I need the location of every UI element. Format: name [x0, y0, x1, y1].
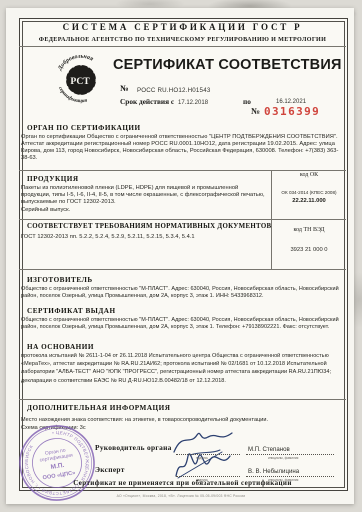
- issued-to-text: Общество с ограниченной ответственностью…: [21, 317, 347, 331]
- conformity-standards-text: ГОСТ 12302-2013 пп. 5.2.2, 5.2.4, 5.2.9,…: [21, 234, 267, 241]
- cert-number-label: №: [120, 83, 129, 93]
- validity-label: Срок действия с: [120, 97, 174, 106]
- header-divider: [19, 46, 346, 47]
- scanned-certificate-page: СИСТЕМА СЕРТИФИКАЦИИ ГОСТ Р ФЕДЕРАЛЬНОЕ …: [0, 0, 362, 512]
- logo-monogram: РСТ: [70, 76, 90, 87]
- section-heading-conformity: СООТВЕТСТВУЕТ ТРЕБОВАНИЯМ НОРМАТИВНЫХ ДО…: [27, 223, 271, 230]
- expert-name: В. В. Небылицина: [248, 468, 299, 475]
- printer-fine-print: АО «Опцион», Москва, 2018, «В». Лицензия…: [0, 494, 362, 498]
- cert-number-value: РОСС RU.НО12.Н01543: [137, 87, 210, 94]
- expert-role-label: Эксперт: [95, 465, 125, 474]
- product-serial-text: Серийный выпуск.: [21, 207, 221, 214]
- certification-body-text: Орган по сертификации Общество с огранич…: [21, 134, 343, 162]
- certificate-title: СЕРТИФИКАТ СООТВЕТСТВИЯ: [113, 57, 342, 73]
- expert-name-line: [246, 476, 334, 477]
- divider: [19, 269, 346, 270]
- head-of-body-role-label: Руководитель органа: [95, 443, 172, 452]
- section-heading-basis: НА ОСНОВАНИИ: [27, 343, 94, 351]
- expert-signature-line: [176, 476, 240, 477]
- system-title: СИСТЕМА СЕРТИФИКАЦИИ ГОСТ Р: [19, 22, 346, 32]
- basis-text: протокола испытаний № 2611-1-04 от 26.11…: [21, 352, 347, 385]
- stamp-mp-text: М.П.: [50, 462, 65, 471]
- divider: [19, 399, 346, 400]
- signature-caption: подпись: [196, 456, 208, 460]
- name-caption: инициалы, фамилия: [268, 456, 298, 460]
- manufacturer-text: Общество с ограниченной ответственностью…: [21, 286, 347, 300]
- tnved-code-value: 3923 21 000 0: [273, 247, 345, 253]
- ok-code-label: код ОК: [273, 172, 345, 178]
- disclaimer-text: Сертификат не применяется при обязательн…: [19, 479, 346, 487]
- section-heading-issued-to: СЕРТИФИКАТ ВЫДАН: [27, 307, 116, 315]
- ok-code-standard: ОК 034-2014 (КПЕС 2008): [273, 190, 345, 195]
- section-heading-product: ПРОДУКЦИЯ: [27, 175, 79, 183]
- head-signature-line: [176, 454, 240, 455]
- head-name-line: [246, 454, 334, 455]
- rst-voluntary-certification-logo-icon: Добровольная РСТ сертификация: [52, 50, 110, 108]
- head-name: М.П. Степанов: [248, 446, 290, 453]
- validity-from-date: 17.12.2018: [178, 100, 208, 106]
- divider: [19, 219, 346, 220]
- blank-number-sign: №: [251, 106, 260, 116]
- ok-code-value: 22.22.11.000: [273, 198, 345, 204]
- agency-title: ФЕДЕРАЛЬНОЕ АГЕНТСТВО ПО ТЕХНИЧЕСКОМУ РЕ…: [19, 37, 346, 43]
- section-heading-additional-info: ДОПОЛНИТЕЛЬНАЯ ИНФОРМАЦИЯ: [27, 404, 170, 412]
- product-description-text: Пакеты из полиэтиленовой пленки (LDPE, H…: [21, 185, 267, 206]
- section-heading-manufacturer: ИЗГОТОВИТЕЛЬ: [27, 276, 93, 284]
- tnved-code-label: код ТН ВЭД: [273, 227, 345, 233]
- validity-to-label: по: [243, 97, 251, 106]
- blank-number-value: 0316399: [264, 105, 320, 118]
- section-heading-certification-body: ОРГАН ПО СЕРТИФИКАЦИИ: [27, 124, 141, 132]
